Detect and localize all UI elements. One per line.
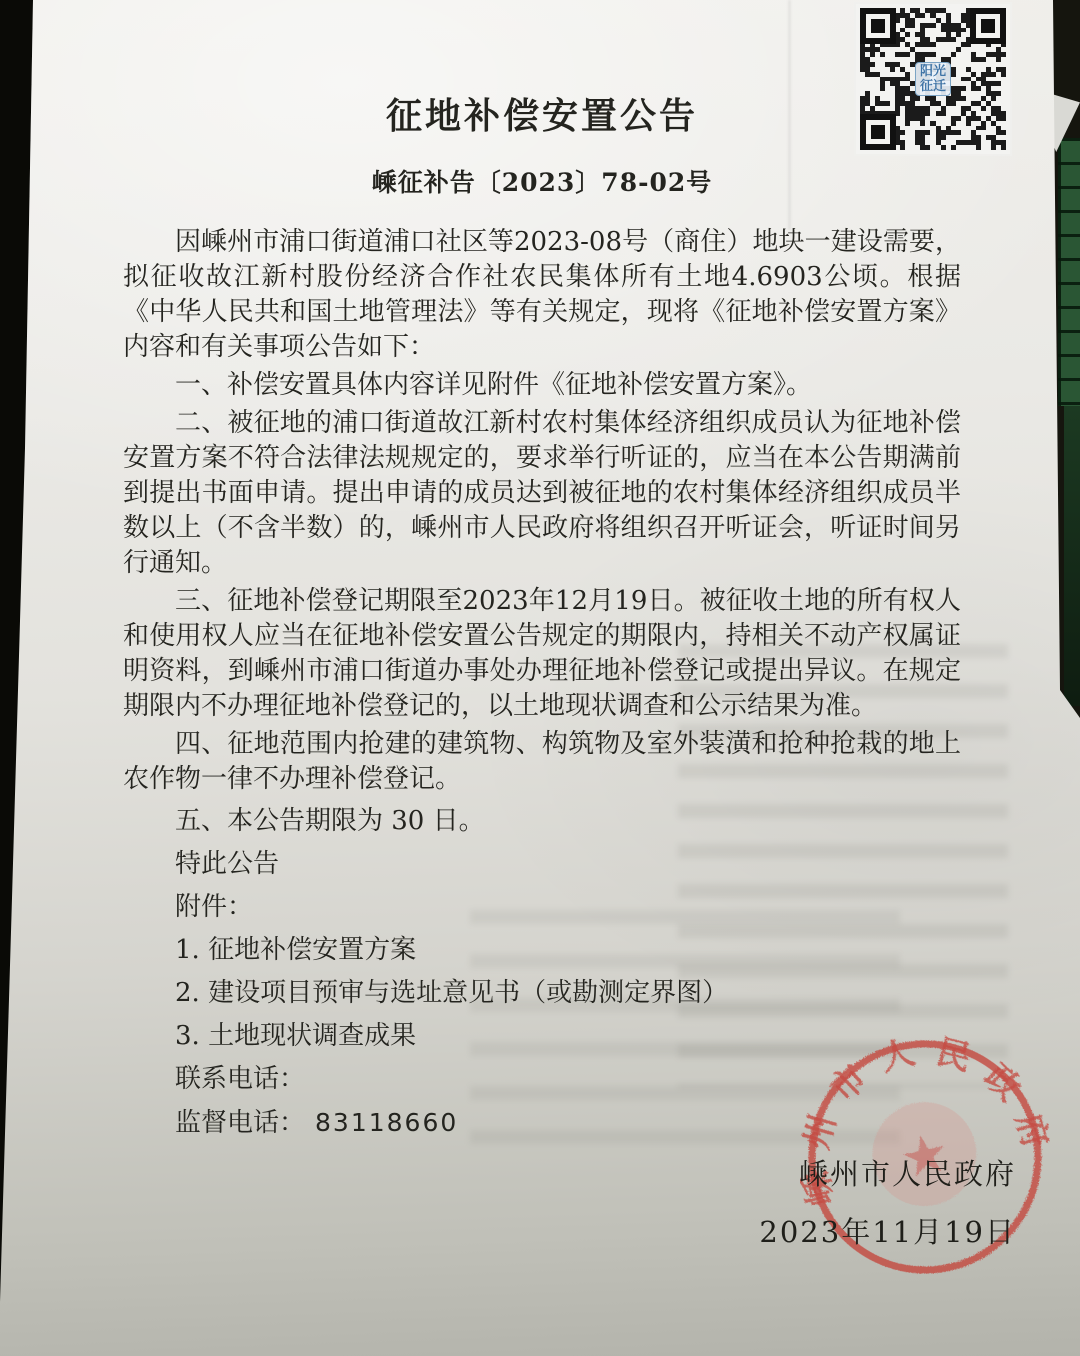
qr-logo-line2: 征迁: [920, 79, 946, 94]
paragraph-item-3: 三、征地补偿登记期限至2023年12月19日。被征收土地的所有权人和使用权人应当…: [123, 584, 961, 724]
document-content: 征地补偿安置公告 嵊征补告〔2023〕78-02号 因嵊州市浦口街道浦口社区等2…: [123, 88, 961, 1145]
document-title: 征地补偿安置公告: [123, 88, 961, 139]
issue-date: 2023年11月19日: [759, 1210, 1016, 1251]
supervision-phone-label: 监督电话：: [175, 1108, 305, 1138]
paragraph-item-5: 五、本公告期限为 30 日。: [123, 800, 961, 843]
qr-center-logo: 阳光 征迁: [915, 62, 951, 96]
green-mat-background: [1058, 138, 1080, 406]
contact-phone-label: 联系电话：: [175, 1064, 305, 1094]
attachment-item-1: 1. 征地补偿安置方案: [123, 929, 961, 972]
qr-logo-line1: 阳光: [920, 64, 946, 79]
photo-scene: 阳光 征迁 征地补偿安置公告 嵊征补告〔2023〕78-02号 因嵊州市浦口街道…: [0, 0, 1080, 1356]
qr-finder-icon: [860, 8, 896, 44]
paragraph-item-4: 四、征地范围内抢建的建筑物、构筑物及室外装潢和抢种抢栽的地上农作物一律不办理补偿…: [123, 727, 961, 797]
qr-finder-icon: [970, 8, 1006, 44]
attachment-item-2: 2. 建设项目预审与选址意见书（或勘测定界图）: [123, 972, 961, 1015]
paragraph-item-1: 一、补偿安置具体内容详见附件《征地补偿安置方案》。: [123, 368, 961, 403]
supervision-phone-number: 83118660: [315, 1108, 458, 1137]
attachments-label: 附件：: [123, 886, 961, 929]
closing-line: 特此公告: [123, 843, 961, 886]
green-mat-shadow: [1064, 406, 1080, 706]
paragraph-item-2: 二、被征地的浦口街道故江新村农村集体经济组织成员认为征地补偿安置方案不符合法律法…: [123, 406, 961, 581]
document-page: 阳光 征迁 征地补偿安置公告 嵊征补告〔2023〕78-02号 因嵊州市浦口街道…: [0, 0, 1080, 1356]
document-number: 嵊征补告〔2023〕78-02号: [123, 163, 961, 199]
paragraph-intro: 因嵊州市浦口街道浦口社区等2023-08号（商住）地块一建设需要，拟征收故江新村…: [123, 225, 961, 365]
issuer-name: 嵊州市人民政府: [759, 1152, 1016, 1193]
signature-block: 嵊州市人民政府 2023年11月19日: [759, 1152, 1016, 1251]
document-body: 因嵊州市浦口街道浦口社区等2023-08号（商住）地块一建设需要，拟征收故江新村…: [123, 225, 961, 1145]
